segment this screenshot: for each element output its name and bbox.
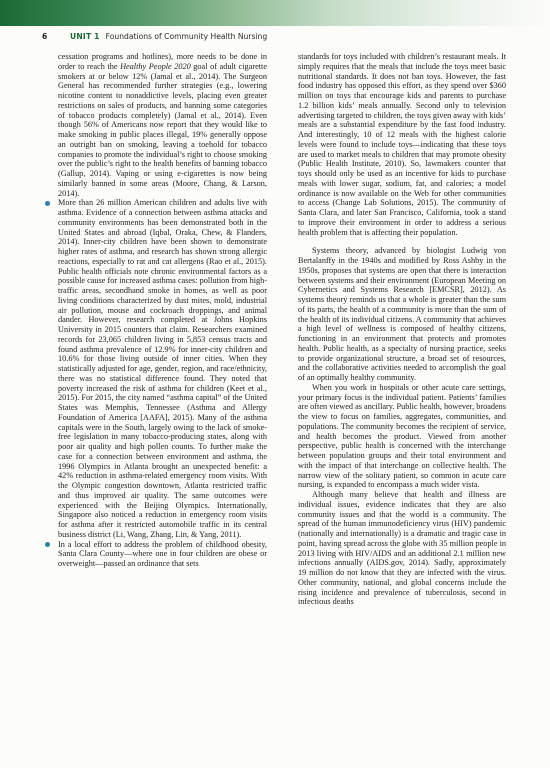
paragraph-systems-theory: Systems theory, advanced by biologist Lu… (298, 246, 506, 383)
paragraph-acute-care: When you work in hospitals or other acut… (298, 383, 506, 490)
paragraph-hiv: Although many believe that health and il… (298, 490, 506, 607)
bullet-icon (45, 542, 50, 547)
running-head: 6 UNIT 1 Foundations of Community Health… (42, 29, 267, 43)
bullet-text: In a local effort to address the problem… (58, 540, 267, 569)
paragraph-text: goal of adult cigarette smokers at or be… (58, 62, 267, 198)
page-number: 6 (42, 32, 70, 41)
healthy-people-title: Healthy People 2020 (120, 62, 191, 71)
left-column: cessation programs and hotlines), more n… (58, 52, 267, 569)
right-column: standards for toys included with childre… (298, 52, 506, 607)
unit-label: UNIT 1 (70, 32, 100, 41)
header-color-band (0, 0, 550, 26)
bullet-icon (45, 201, 50, 206)
paragraph-tobacco: cessation programs and hotlines), more n… (58, 52, 267, 198)
paragraph-toy-ordinance: standards for toys included with childre… (298, 52, 506, 237)
bullet-item-asthma: More than 26 million American children a… (58, 198, 267, 539)
chapter-title: Foundations of Community Health Nursing (106, 32, 268, 41)
bullet-item-obesity: In a local effort to address the problem… (58, 540, 267, 569)
bullet-text: More than 26 million American children a… (58, 198, 267, 539)
